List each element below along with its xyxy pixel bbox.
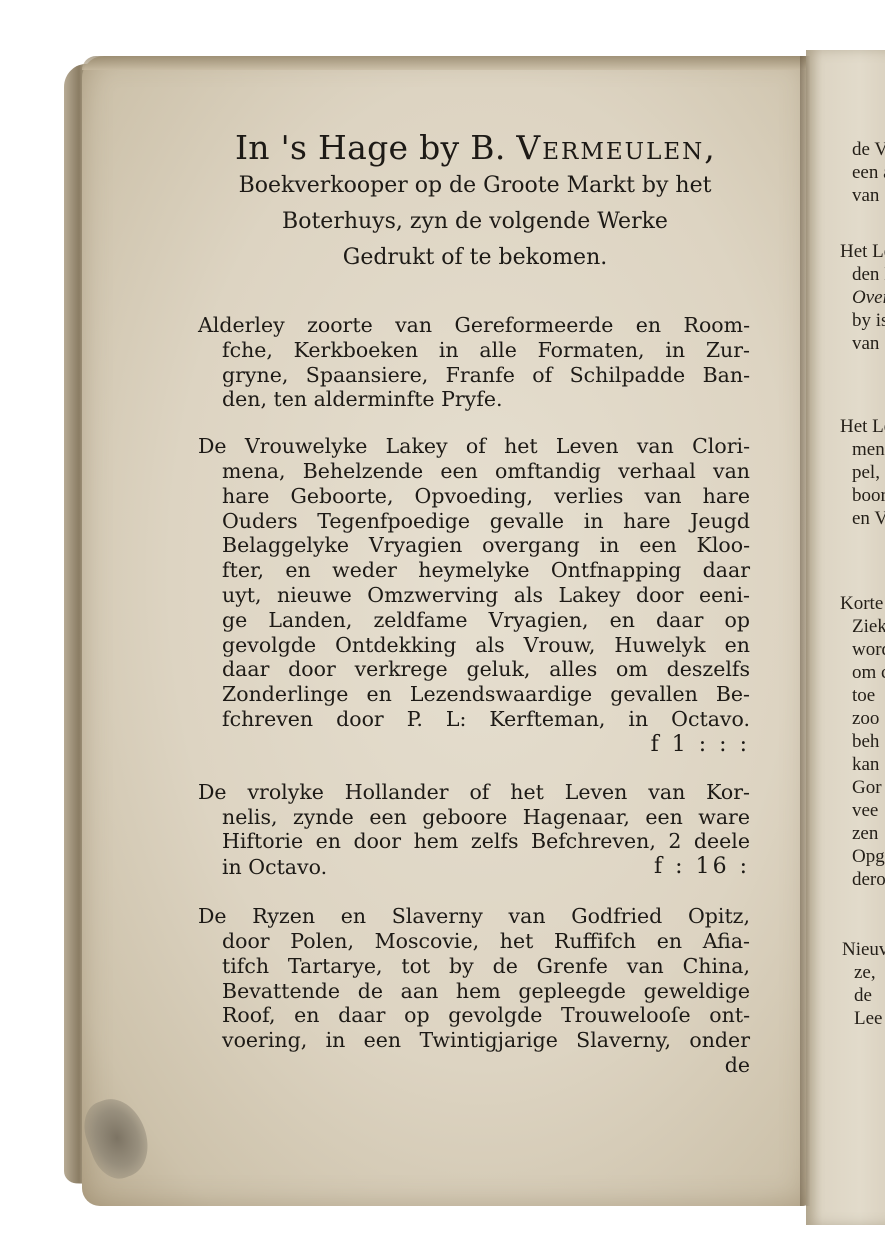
- fragment-line: vee: [840, 799, 885, 822]
- entry-line: Belaggelyke Vryagien overgang in een Klo…: [198, 533, 750, 558]
- fragment-line: boorr: [840, 484, 885, 507]
- right-page-fragment: Het Le meno pel, boorr en V: [840, 415, 885, 530]
- fragment-line: een a: [852, 161, 885, 184]
- entry-last-line: in Octavo. f : 16 :: [198, 854, 750, 880]
- book-entry: Alderley zoorte van Gereformeerde en Roo…: [198, 313, 750, 412]
- fragment-line: meno: [840, 438, 885, 461]
- book-entry: De vrolyke Hollander of het Leven van Ko…: [198, 780, 750, 880]
- fragment-line: Gor: [840, 776, 885, 799]
- fragment-line: en V: [840, 507, 885, 530]
- book-gutter: [800, 56, 810, 1206]
- catchword: de: [198, 1053, 750, 1077]
- entry-line: Hiftorie en door hem zelfs Befchreven, 2…: [198, 829, 750, 854]
- entry-line: gryne, Spaansiere, Franfe of Schilpadde …: [198, 363, 750, 388]
- header-line: Boekverkooper op de Groote Markt by het: [190, 168, 760, 204]
- right-page-fragment: de V een a van: [852, 138, 885, 207]
- entry-line: fter, en weder heymelyke Ontfnapping daa…: [198, 558, 750, 583]
- entry-line: door Polen, Moscovie, het Ruffifch en Af…: [198, 929, 750, 954]
- entry-line: gevolgde Ontdekking als Vrouw, Huwelyk e…: [198, 633, 750, 658]
- fragment-line: Het Le: [840, 415, 885, 438]
- entry-line: daar door verkrege geluk, alles om desze…: [198, 657, 750, 682]
- fragment-line: by is: [840, 309, 885, 332]
- publisher-name: Vermeulen: [516, 128, 704, 167]
- header-line: Boterhuys, zyn de volgende Werke: [190, 204, 760, 240]
- fragment-line: om c: [840, 661, 885, 684]
- book-entry: De Vrouwelyke Lakey of het Leven van Clo…: [198, 434, 750, 758]
- fragment-line: zen: [840, 822, 885, 845]
- fragment-line: Korte: [840, 592, 885, 615]
- fragment-line: dero: [840, 868, 885, 891]
- fragment-line: Ziek: [840, 615, 885, 638]
- fragment-line: Lee: [842, 1007, 885, 1030]
- entry-line: fche, Kerkboeken in alle Formaten, in Zu…: [198, 338, 750, 363]
- fragment-line: van: [852, 184, 885, 207]
- entry-line: De vrolyke Hollander of het Leven van Ko…: [198, 780, 750, 805]
- fragment-line: Over: [840, 286, 885, 309]
- fragment-line: Nieuv: [842, 938, 885, 961]
- book-list: Alderley zoorte van Gereformeerde en Roo…: [198, 313, 750, 1077]
- entry-line: Zonderlinge en Lezendswaardige gevallen …: [198, 682, 750, 707]
- fragment-line: word: [840, 638, 885, 661]
- entry-line: den, ten alderminfte Pryfe.: [198, 387, 750, 412]
- entry-line: in Octavo.: [222, 854, 327, 880]
- fragment-line: ze,: [842, 961, 885, 984]
- water-stain: [76, 1090, 158, 1185]
- entry-line: Ouders Tegenfpoedige gevalle in hare Jeu…: [198, 509, 750, 534]
- price: f 1 : : :: [198, 732, 750, 758]
- book-entry: De Ryzen en Slaverny van Godfried Opitz,…: [198, 904, 750, 1053]
- fragment-line: zoo: [840, 707, 885, 730]
- fragment-line: den B: [840, 263, 885, 286]
- entry-line: Alderley zoorte van Gereformeerde en Roo…: [198, 313, 750, 338]
- header-line: Gedrukt of te bekomen.: [190, 240, 760, 276]
- entry-line: ge Landen, zeldfame Vryagien, en daar op: [198, 608, 750, 633]
- entry-line: uyt, nieuwe Omzwerving als Lakey door ee…: [198, 583, 750, 608]
- right-page-fragment: Nieuv ze, de Lee: [842, 938, 885, 1030]
- publisher-header: In 's Hage by B. Vermeulen, Boekverkoope…: [190, 128, 760, 276]
- right-page-fragment: Het Le den B Over by is van: [840, 240, 885, 355]
- entry-line: Roof, en daar op gevolgde Trouwelooſe on…: [198, 1003, 750, 1028]
- entry-line: De Vrouwelyke Lakey of het Leven van Clo…: [198, 434, 750, 459]
- title-suffix: ,: [704, 128, 715, 167]
- entry-line: voering, in een Twintigjarige Slaverny, …: [198, 1028, 750, 1053]
- fragment-line: toe: [840, 684, 885, 707]
- price: f : 16 :: [654, 854, 750, 880]
- entry-line: mena, Behelzende een omftandig verhaal v…: [198, 459, 750, 484]
- entry-line: tifch Tartarye, tot by de Grenfe van Chi…: [198, 954, 750, 979]
- fragment-line: Opg: [840, 845, 885, 868]
- entry-line: De Ryzen en Slaverny van Godfried Opitz,: [198, 904, 750, 929]
- fragment-line: beh: [840, 730, 885, 753]
- entry-line: fchreven door P. L: Kerfteman, in Octavo…: [198, 707, 750, 732]
- publisher-title: In 's Hage by B. Vermeulen,: [190, 128, 760, 168]
- right-page-fragment: Korte Ziek word om c toe zoo beh kan Gor…: [840, 592, 885, 891]
- fragment-line: pel,: [840, 461, 885, 484]
- title-prefix: In 's Hage by B.: [235, 128, 516, 167]
- fragment-line: kan: [840, 753, 885, 776]
- entry-line: Bevattende de aan hem gepleegde geweldig…: [198, 979, 750, 1004]
- fragment-line: de V: [852, 138, 885, 161]
- fragment-line: van: [840, 332, 885, 355]
- fragment-line: de: [842, 984, 885, 1007]
- entry-line: nelis, zynde een geboore Hagenaar, een w…: [198, 805, 750, 830]
- fragment-line: Het Le: [840, 240, 885, 263]
- entry-line: hare Geboorte, Opvoeding, verlies van ha…: [198, 484, 750, 509]
